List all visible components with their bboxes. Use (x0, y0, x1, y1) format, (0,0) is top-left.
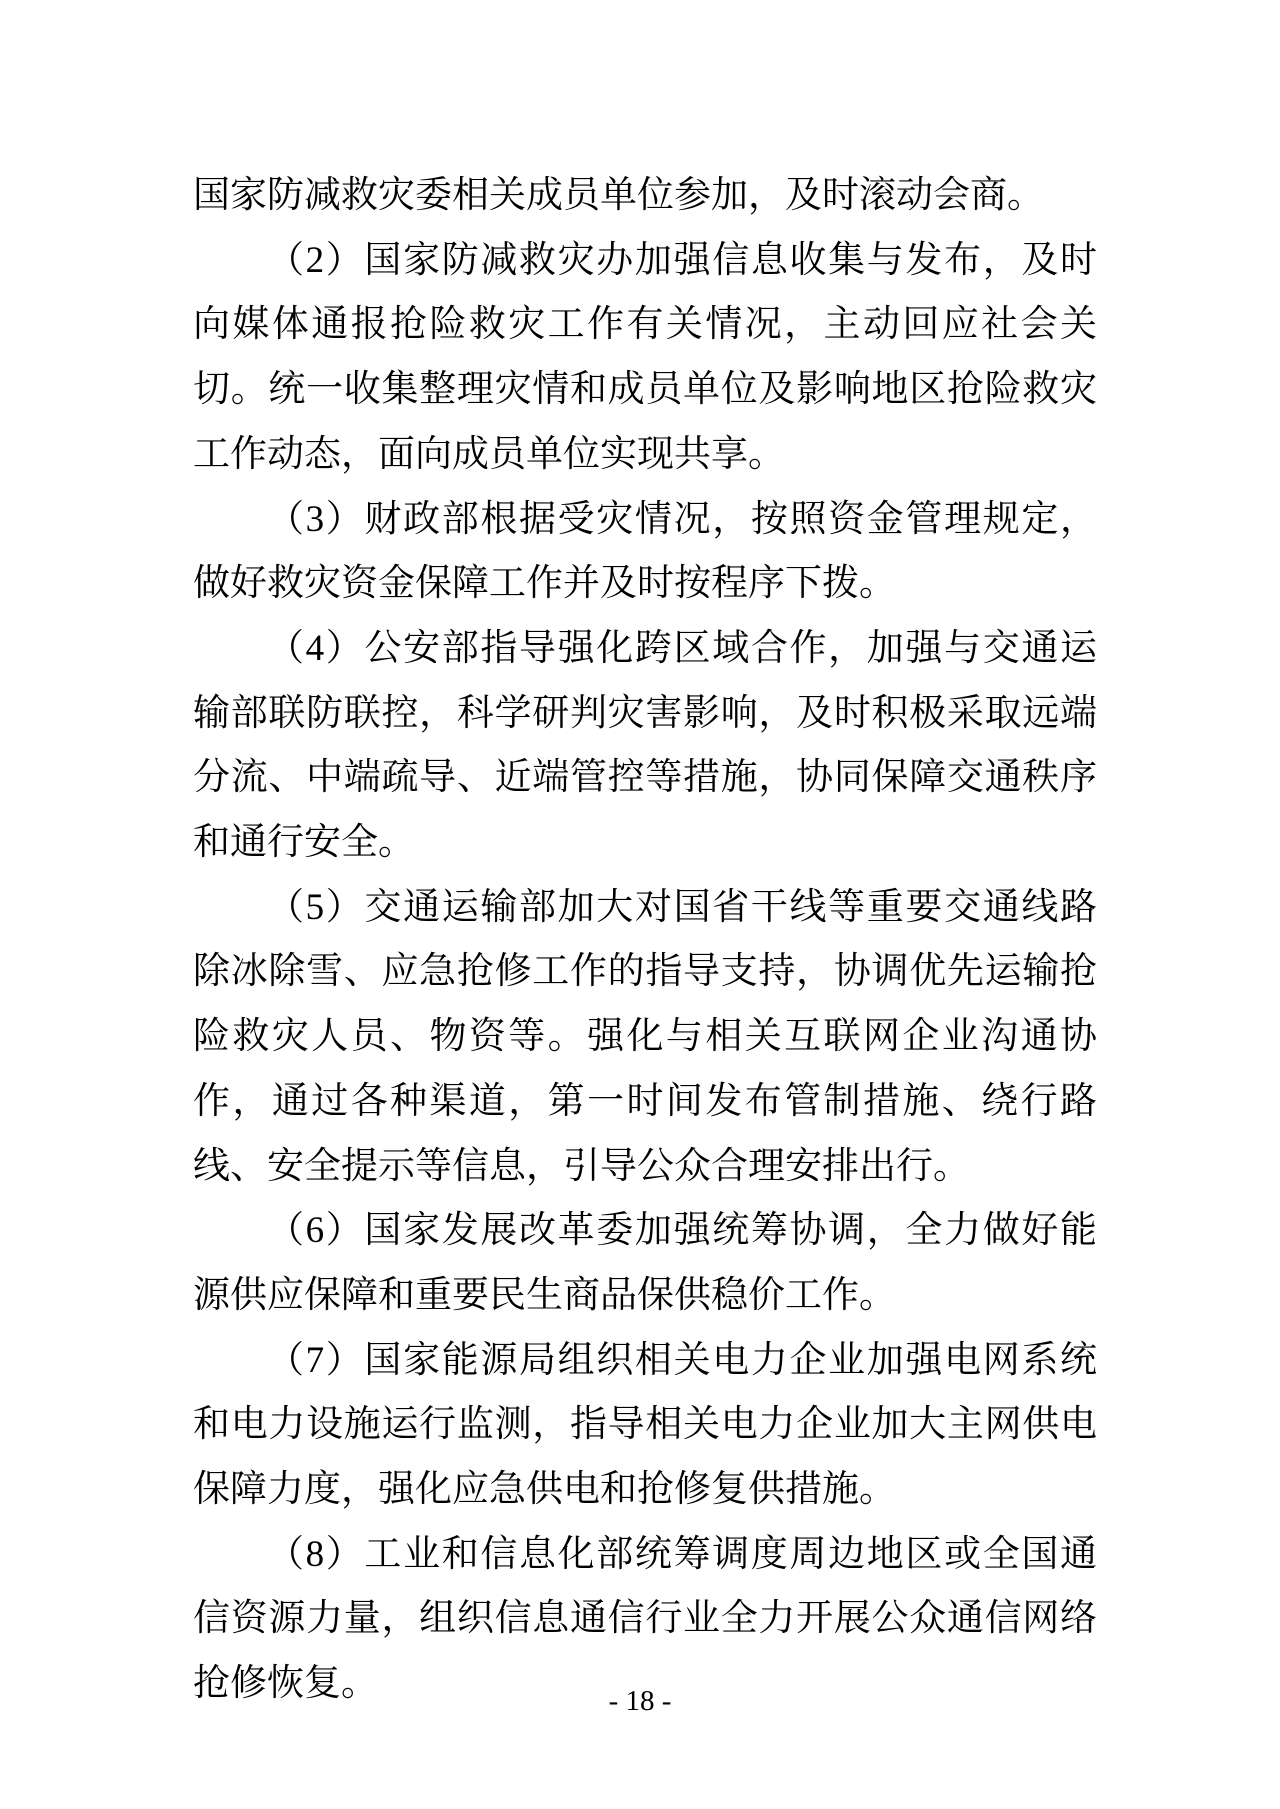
paragraph-item-5: （5）交通运输部加大对国省干线等重要交通线路除冰除雪、应急抢修工作的指导支持，协… (193, 876, 1097, 1200)
paragraph-item-3: （3）财政部根据受灾情况，按照资金管理规定，做好救灾资金保障工作并及时按程序下拨… (193, 488, 1097, 617)
document-body-text: 国家防减救灾委相关成员单位参加，及时滚动会商。 （2）国家防减救灾办加强信息收集… (193, 164, 1097, 1717)
paragraph-item-7: （7）国家能源局组织相关电力企业加强电网系统和电力设施运行监测，指导相关电力企业… (193, 1329, 1097, 1523)
paragraph-item-4: （4）公安部指导强化跨区域合作，加强与交通运输部联防联控，科学研判灾害影响，及时… (193, 617, 1097, 876)
document-page: 国家防减救灾委相关成员单位参加，及时滚动会商。 （2）国家防减救灾办加强信息收集… (0, 0, 1280, 1809)
paragraph-item-2: （2）国家防减救灾办加强信息收集与发布，及时向媒体通报抢险救灾工作有关情况，主动… (193, 229, 1097, 488)
paragraph-item-6: （6）国家发展改革委加强统筹协调，全力做好能源供应保障和重要民生商品保供稳价工作… (193, 1199, 1097, 1328)
paragraph-continuation: 国家防减救灾委相关成员单位参加，及时滚动会商。 (193, 164, 1097, 229)
page-number: - 18 - (0, 1683, 1280, 1719)
